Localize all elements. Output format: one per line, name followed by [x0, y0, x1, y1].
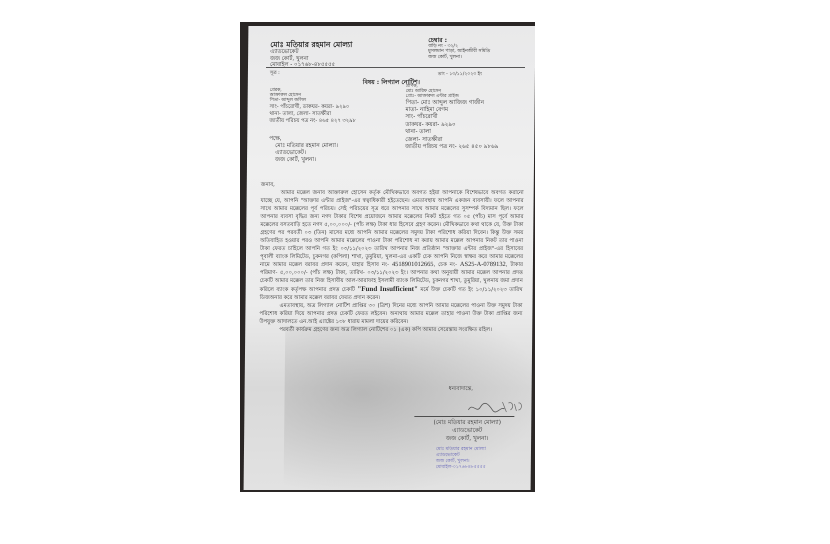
header-divider: [266, 67, 525, 68]
paragraph-3: পরবর্তী কার্যক্রম গ্রহণের জন্য অত্র লিগ্…: [259, 326, 522, 334]
chamber-line: জজ কোর্ট, খুলনা।: [428, 55, 490, 61]
signature-icon: [464, 398, 524, 416]
signature-line: [414, 416, 514, 417]
on-behalf-court: জজ কোর্ট, খুলনা।: [269, 157, 338, 164]
sender-district: থানা- তালা, জেলা- সাতক্ষীরা: [269, 111, 355, 118]
account-number: 4518901012665: [392, 261, 434, 268]
closing: ধন্যবাদান্তে,: [449, 386, 473, 394]
paragraph-2: এমতাবস্থায়, অত্র লিগ্যাল নোটিশ প্রাপ্তি…: [259, 302, 522, 326]
on-behalf-designation: এ্যাডভোকেট।: [269, 150, 338, 157]
salutation: জনাব,: [261, 181, 524, 189]
signatory-designation: এ্যাডভোকেট: [412, 427, 522, 435]
sender-address: সাং- পাঁচরোখী, ডাকঘর- কয়রা- ৯২৯০: [270, 104, 356, 111]
paragraph-text: , চেক নং-: [433, 262, 460, 268]
cheque-number: AS25-A-0789132: [460, 261, 506, 268]
signatory-court: জজ কোর্ট, খুলনা।: [412, 435, 522, 443]
recipient-post: ডাকঘর- কয়রা- ৯২৯০: [405, 122, 498, 129]
recipient-village: সাং- পাঁচরোখী: [405, 114, 498, 121]
recipient-nid: জাতীয় পরিচয় পত্র নং- ২৬৫ ৪৫০ ৯৮৬৯: [405, 144, 498, 151]
on-behalf-block: পক্ষে, মোঃ মতিয়ার রহমান মোল্যা। এ্যাডভো…: [269, 136, 338, 164]
loan-amount: ৫,০০,০০০/-: [324, 222, 352, 228]
sender-nid: জাতীয় পরিচয় পত্র নং- ৪৬৫ ৪২৭ ৩২৯৮: [269, 118, 355, 125]
cheque-amount: ৫,০০,০০০/-: [280, 270, 308, 276]
document-photo: মোঃ মতিয়ার রহমান মোল্যা এ্যাডভোকেট জজ ক…: [240, 22, 535, 492]
letter-page: মোঃ মতিয়ার রহমান মোল্যা এ্যাডভোকেট জজ ক…: [244, 26, 535, 490]
recipient-thana: থানা- তালা: [405, 129, 498, 136]
chamber-line: মুসলমান পাড়া, আইনজীবী সমিতি: [428, 49, 490, 55]
letter-body: জনাব, আমার মক্কেল জনাব আক্তারুল হোসেন কর…: [259, 181, 524, 334]
paragraph-1: আমার মক্কেল জনাব আক্তারুল হোসেন কর্তৃক ম…: [260, 189, 524, 302]
letterhead-left: মোঃ মতিয়ার রহমান মোল্যা এ্যাডভোকেট জজ ক…: [270, 40, 352, 69]
signatory-name: (মোঃ মতিয়ার রহমান মোল্যা): [412, 419, 522, 427]
recipient-block: প্রাপক, মোঃ আরিফ হোসেন প্রোঃ- আক্তারুল এ…: [405, 84, 499, 151]
signature-block: (মোঃ মতিয়ার রহমান মোল্যা) এ্যাডভোকেট জজ…: [412, 419, 522, 443]
dishonor-reason: "Fund Insufficient": [357, 285, 418, 293]
advocate-name: মোঃ মতিয়ার রহমান মোল্যা: [270, 40, 352, 49]
seal-line: মোবাইল-০১৭৬৮৪৮৫৫৫৫: [436, 465, 508, 471]
letterhead-right: চেম্বার : বাড়ি নং - ৩২/২ মুসলমান পাড়া,…: [428, 38, 490, 60]
recipient-father: পিতা- মোঃ আব্দুল আজিজ গাজীন: [406, 100, 499, 107]
sender-block: প্রেরক, আক্তারুল হোসেন পিতা- আব্দুল জলিল…: [269, 88, 356, 125]
on-behalf-label: পক্ষে,: [269, 136, 338, 143]
advocate-seal: মোঃ মতিয়ার রহমান মোল্যা এ্যাডভোকেট জজ ক…: [436, 447, 508, 471]
recipient-district: জেলা- সাতক্ষীরা: [405, 137, 498, 144]
on-behalf-name: মোঃ মতিয়ার রহমান মোল্যা।: [269, 143, 338, 150]
